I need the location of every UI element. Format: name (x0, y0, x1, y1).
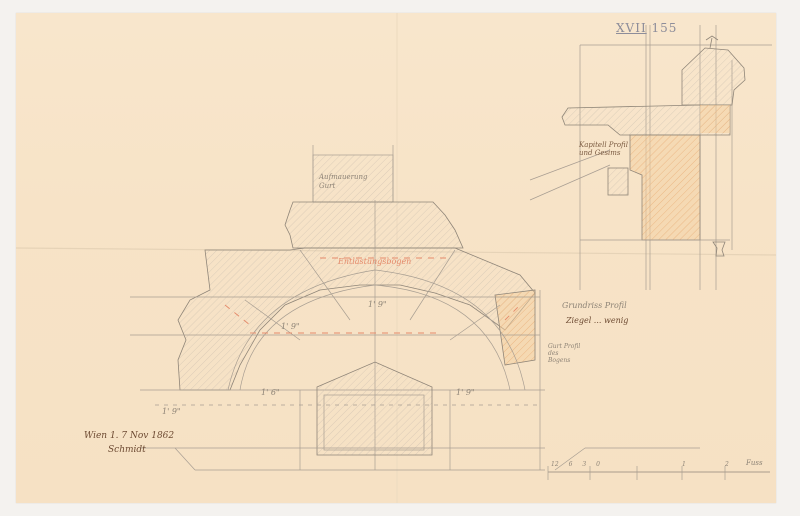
cornice-note-line2: und Gesims (579, 149, 628, 157)
scale-bar (548, 466, 770, 480)
scale-tick: 12 (551, 461, 559, 468)
scale-tick: 0 (596, 461, 600, 468)
cornice-section (530, 25, 772, 290)
scale-tick-2: 2 (725, 461, 729, 468)
drawing-sheet: XVII 155 Kapitell Profil und Gesims Aufm… (16, 13, 776, 503)
scale-bar-ticks: 12 6 3 0 (551, 461, 600, 468)
signature-name: Schmidt (108, 445, 146, 455)
dim-crown-height: 1' 9" (368, 300, 387, 309)
right-small-note-line1: Gurt Profil (548, 343, 580, 350)
upper-block-note-line1: Aufmauerung (319, 173, 367, 182)
dim-left-span: 1' 6" (261, 388, 280, 397)
right-small-note-line2: des (548, 350, 580, 357)
upper-block (285, 145, 463, 248)
cornice-note-line1: Kapitell Profil (579, 141, 628, 149)
right-ink-note: Ziegel ... wenig (566, 316, 628, 325)
catalog-number: XVII 155 (616, 21, 677, 35)
upper-block-note: Aufmauerung Gurt (319, 173, 367, 191)
scale-tick: 6 (569, 461, 573, 468)
upper-block-note-line2: Gurt (319, 182, 367, 191)
arch-red-note: Entlastungsbogen (338, 257, 411, 266)
signature-date: Wien 1. 7 Nov 1862 (84, 431, 174, 441)
dim-left-margin: 1' 9" (162, 407, 181, 416)
cornice-note: Kapitell Profil und Gesims (579, 141, 628, 157)
catalog-roman: XVII (616, 21, 647, 35)
dim-arch-rise: 1' 9" (281, 322, 300, 331)
dim-right-span: 1' 9" (456, 388, 475, 397)
catalog-num: 155 (652, 21, 678, 35)
scale-tick-1: 1 (682, 461, 686, 468)
right-pencil-note: Grundriss Profil (562, 301, 627, 310)
right-small-note-line3: Bogens (548, 357, 580, 364)
scale-unit-label: Fuss (746, 459, 763, 467)
right-small-note: Gurt Profil des Bogens (548, 343, 580, 364)
scale-tick: 3 (582, 461, 586, 468)
